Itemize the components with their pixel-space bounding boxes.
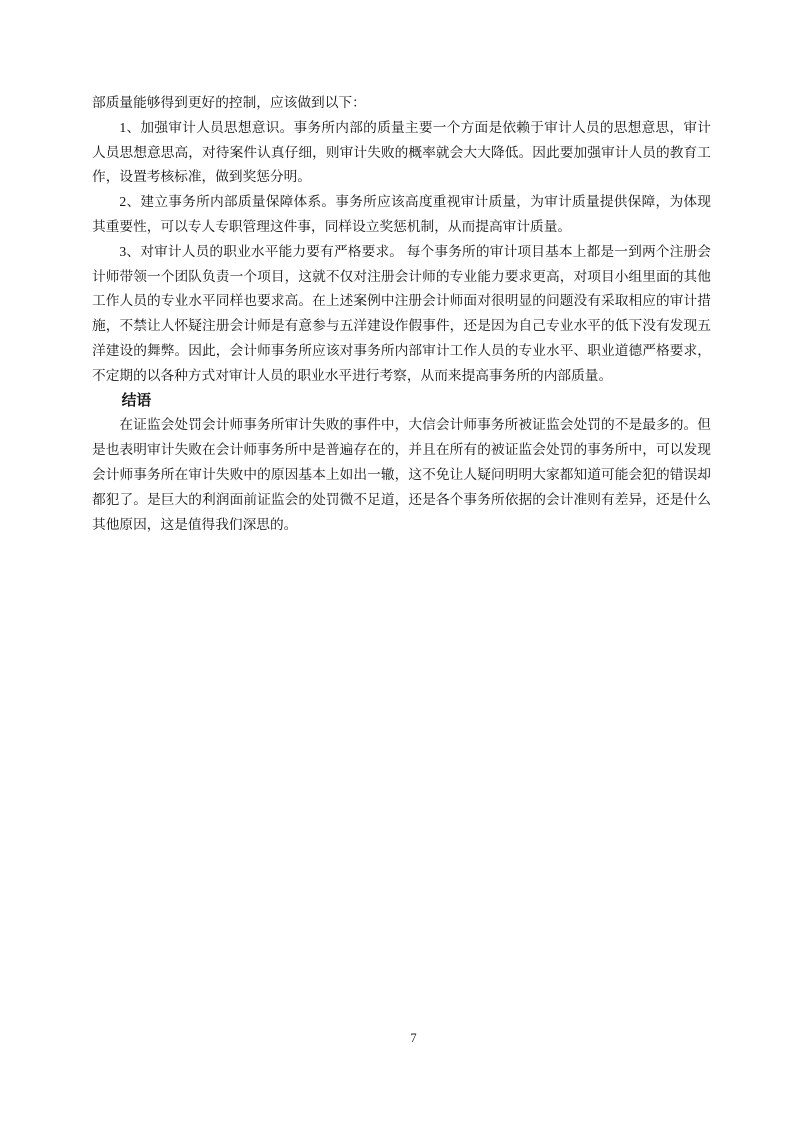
- paragraph-point-2: 2、建立事务所内部质量保障体系。事务所应该高度重视审计质量，为审计质量提供保障，…: [92, 190, 711, 240]
- paragraph-continuation: 部质量能够得到更好的控制，应该做到以下：: [92, 91, 711, 116]
- document-body: 部质量能够得到更好的控制，应该做到以下： 1、加强审计人员思想意识。事务所内部的…: [92, 91, 711, 537]
- conclusion-heading: 结语: [92, 389, 711, 414]
- paragraph-point-1: 1、加强审计人员思想意识。事务所内部的质量主要一个方面是依赖于审计人员的思想意思…: [92, 116, 711, 190]
- paragraph-conclusion: 在证监会处罚会计师事务所审计失败的事件中，大信会计师事务所被证监会处罚的不是最多…: [92, 413, 711, 537]
- paragraph-point-3: 3、对审计人员的职业水平能力要有严格要求。 每个事务所的审计项目基本上都是一到两…: [92, 240, 711, 389]
- page: 部质量能够得到更好的控制，应该做到以下： 1、加强审计人员思想意识。事务所内部的…: [0, 0, 793, 1122]
- page-number: 7: [0, 1031, 793, 1045]
